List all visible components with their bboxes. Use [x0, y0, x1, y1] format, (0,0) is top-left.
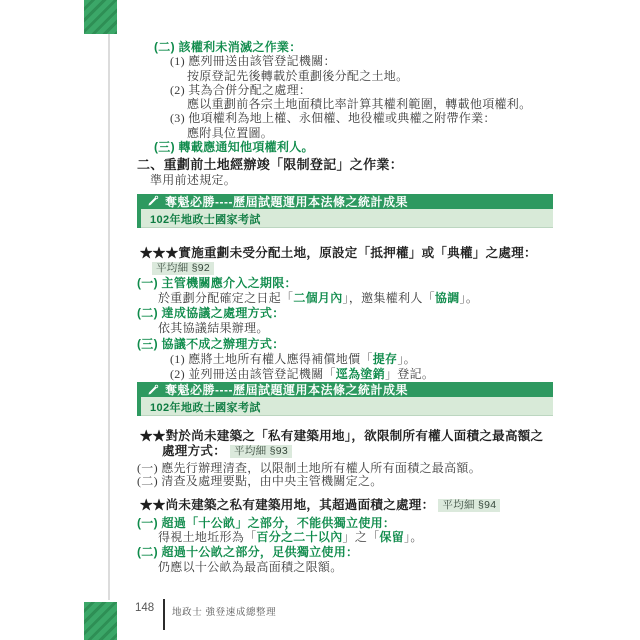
exam-banner: 奪魁必勝----歷屆試題運用本法條之統計成果 102年地政士國家考試: [137, 194, 553, 228]
text-segment: ★★對於尚未建築之「私有建築用地」，欲限制所有權人面積之最高額之: [140, 429, 543, 443]
text-segment: ★★尚未建築之私有建築用地，其超過面積之處理：: [140, 498, 434, 512]
body-line: 仍應以十公畝為最高面積之限額。: [137, 560, 553, 575]
text-segment: 百分之二十以內: [256, 530, 342, 544]
text-segment: (1) 應列冊送由該管登記機關：: [170, 54, 336, 68]
text-segment: 應以重劃前各宗土地面積比率計算其權利範圍，轉載他項權利。: [187, 97, 531, 111]
text-segment: 依其協議結果辦理。: [158, 321, 269, 335]
list-item: (2) 並列冊送由該管登記機關「逕為塗銷」登記。: [137, 367, 553, 382]
text-segment: 應附具位置圖。: [187, 126, 273, 140]
section-heading: (三) 轉載應通知他項權利人。: [137, 140, 553, 154]
text-segment: (3) 他項權利為地上權、永佃權、地役權或典權之附帶作業：: [170, 111, 496, 125]
body-line: 按原登記先後轉載於重劃後分配之土地。: [137, 69, 553, 83]
text-segment: (2) 其為合併分配之處理：: [170, 83, 311, 97]
section-heading: (二) 達成協議之處理方式：: [137, 306, 553, 321]
text-segment: 逕為塗銷: [336, 367, 385, 381]
text-segment: 保留: [379, 530, 404, 544]
book-title: 地政士 強登速成總整理: [172, 604, 276, 618]
question-heading: ★★★實施重劃未受分配土地，原設定「抵押權」或「典權」之處理：: [137, 246, 553, 261]
body-line: 應附具位置圖。: [137, 126, 553, 140]
question-heading: ★★尚未建築之私有建築用地，其超過面積之處理：平均細 §94: [137, 498, 553, 513]
stripe-decoration-top: [84, 0, 117, 34]
page-number: 148: [135, 602, 154, 614]
body-line: 依其協議結果辦理。: [137, 321, 553, 336]
text-segment: (二) 該權利未消滅之作業：: [154, 40, 302, 54]
footer-divider: [163, 599, 165, 630]
exam-banner-subrow: 102年地政士國家考試: [141, 397, 553, 416]
exam-banner-subrow: 102年地政士國家考試: [141, 209, 553, 228]
text-segment: (二) 清查及處理要點，由中央主管機關定之。: [137, 474, 383, 488]
text-segment: 」。: [460, 291, 479, 305]
text-segment: 於重劃分配確定之日起「: [158, 291, 293, 305]
text-segment: 二、重劃前土地經辦竣「限制登記」之作業：: [137, 157, 403, 172]
section-heading: (二) 該權利未消滅之作業：: [137, 40, 553, 54]
section-heading: (三) 協議不成之辦理方式：: [137, 337, 553, 352]
chapter-heading: 二、重劃前土地經辦竣「限制登記」之作業：: [137, 157, 553, 173]
text-segment: 得視土地坵形為「: [158, 530, 256, 544]
exam-banner-header: 奪魁必勝----歷屆試題運用本法條之統計成果: [141, 382, 553, 397]
text-segment: (2) 並列冊送由該管登記機關「: [170, 367, 336, 381]
list-item: (二) 清查及處理要點，由中央主管機關定之。: [137, 475, 553, 488]
text-segment: (二) 達成協議之處理方式：: [137, 306, 285, 320]
text-segment: (二) 超過十公畝之部分，足供獨立使用：: [137, 545, 358, 559]
exam-banner: 奪魁必勝----歷屆試題運用本法條之統計成果 102年地政士國家考試: [137, 382, 553, 416]
page-content: (二) 該權利未消滅之作業： (1) 應列冊送由該管登記機關： 按原登記先後轉載…: [137, 34, 553, 574]
text-segment: 二個月內: [293, 291, 342, 305]
section-heading: (二) 超過十公畝之部分，足供獨立使用：: [137, 545, 553, 560]
article-badge: 平均細 §93: [230, 445, 292, 458]
article-badge: 平均細 §92: [152, 262, 214, 275]
text-segment: 」。: [397, 352, 416, 366]
body-line: 得視土地坵形為「百分之二十以內」之「保留」。: [137, 530, 553, 545]
section-heading: (一) 超過「十公畝」之部分，不能供獨立使用：: [137, 516, 553, 531]
body-line: 應以重劃前各宗土地面積比率計算其權利範圍，轉載他項權利。: [137, 97, 553, 111]
text-segment: 」登記。: [385, 367, 434, 381]
text-segment: 處理方式：: [162, 444, 226, 458]
article-badge-line: 平均細 §92: [137, 261, 553, 276]
exam-banner-subtitle: 102年地政士國家考試: [150, 214, 261, 226]
text-segment: (一) 超過「十公畝」之部分，不能供獨立使用：: [137, 516, 395, 530]
text-segment: 準用前述規定。: [150, 173, 236, 187]
text-segment: 」。: [404, 530, 423, 544]
question-heading-continued: 處理方式：平均細 §93: [137, 444, 553, 459]
exam-banner-header: 奪魁必勝----歷屆試題運用本法條之統計成果: [141, 194, 553, 209]
text-segment: 按原登記先後轉載於重劃後分配之土地。: [187, 69, 408, 83]
text-segment: 協調: [435, 291, 460, 305]
pen-icon: [147, 384, 159, 396]
article-badge: 平均細 §94: [438, 499, 500, 512]
text-segment: (三) 協議不成之辦理方式：: [137, 337, 285, 351]
list-item: (1) 應列冊送由該管登記機關：: [137, 54, 553, 68]
exam-banner-subtitle: 102年地政士國家考試: [150, 402, 261, 414]
text-segment: ★★★實施重劃未受分配土地，原設定「抵押權」或「典權」之處理：: [140, 246, 537, 260]
text-segment: 」，邀集權利人「: [343, 291, 435, 305]
section-heading: (一) 主管機關應介入之期限：: [137, 276, 553, 291]
exam-banner-title: 奪魁必勝----歷屆試題運用本法條之統計成果: [165, 193, 408, 210]
question-heading: ★★對於尚未建築之「私有建築用地」，欲限制所有權人面積之最高額之: [137, 429, 553, 444]
text-segment: 提存: [373, 352, 398, 366]
stripe-decoration-bottom: [84, 602, 117, 640]
text-segment: (一) 主管機關應介入之期限：: [137, 276, 297, 290]
list-item: (1) 應將土地所有權人應得補償地價「提存」。: [137, 352, 553, 367]
page-margin-line: [108, 34, 110, 600]
exam-banner-title: 奪魁必勝----歷屆試題運用本法條之統計成果: [165, 381, 408, 398]
list-item: (3) 他項權利為地上權、永佃權、地役權或典權之附帶作業：: [137, 111, 553, 125]
list-item: (2) 其為合併分配之處理：: [137, 83, 553, 97]
body-line: 準用前述規定。: [137, 173, 553, 187]
body-line: 於重劃分配確定之日起「二個月內」，邀集權利人「協調」。: [137, 291, 553, 306]
text-segment: 」之「: [343, 530, 380, 544]
text-segment: 仍應以十公畝為最高面積之限額。: [158, 560, 343, 574]
pen-icon: [147, 195, 159, 207]
text-segment: (三) 轉載應通知他項權利人。: [154, 140, 314, 154]
text-segment: (1) 應將土地所有權人應得補償地價「: [170, 352, 373, 366]
